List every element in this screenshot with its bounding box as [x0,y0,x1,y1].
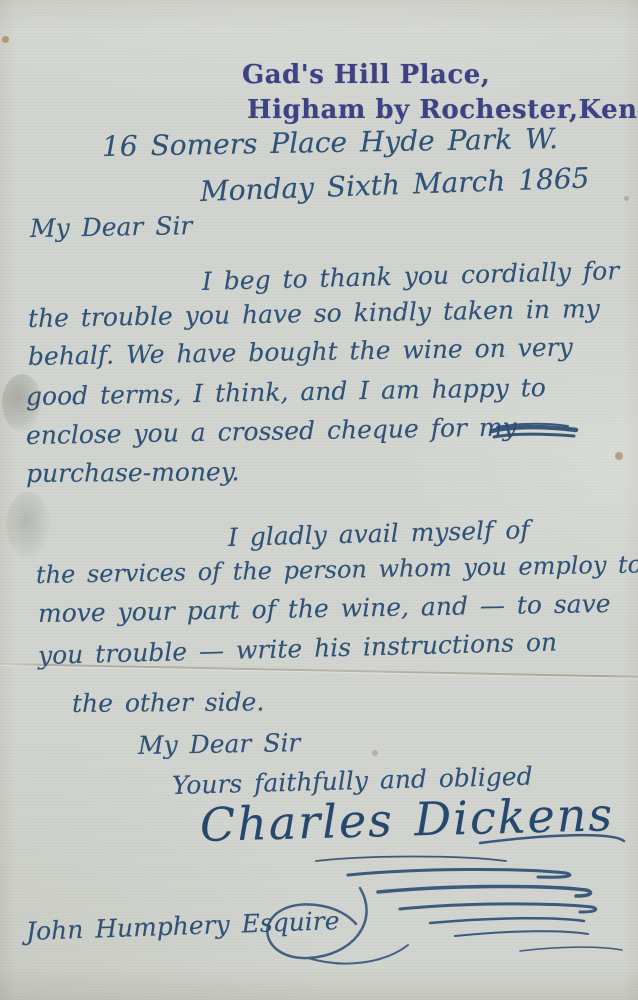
body-line: purchase-money. [26,457,240,488]
body-line: good terms, I think, and I am happy to [26,373,546,411]
valediction: My Dear Sir [138,728,301,760]
body-line: the services of the person whom you empl… [36,550,638,589]
body-line: move your part of the wine, and — to sav… [38,589,611,628]
letter-page: Gad's Hill Place, Higham by Rochester,Ke… [0,0,638,1000]
body-line: I gladly avail myself of [228,515,530,552]
paper-fleck [615,452,623,460]
body-line: the trouble you have so kindly taken in … [28,294,600,333]
ink-smudge [2,374,42,432]
salutation: My Dear Sir [30,211,193,243]
date-line: Monday Sixth March 1865 [199,161,590,208]
address-line: 16 Somers Place Hyde Park W. [102,122,558,163]
signature: Charles Dickens [199,787,614,852]
body-line: you trouble — write his instructions on [38,627,558,670]
body-line: behalf. We have bought the wine on very [28,332,573,371]
addressee-line: John Humphery Esquire [25,906,340,946]
body-line: the other side. [72,687,265,718]
letterhead-line-1: Gad's Hill Place, [242,60,490,90]
paper-fleck [2,36,9,43]
paper-fleck [624,196,629,201]
paper-fleck [372,750,378,756]
body-line: enclose you a crossed cheque for my [26,412,517,450]
signature-flourish [316,835,624,951]
fold-crease [0,663,638,678]
ink-smudge [6,492,50,558]
body-line: I beg to thank you cordially for [202,256,620,296]
letterhead-line-2: Higham by Rochester,Kent. [247,95,638,125]
